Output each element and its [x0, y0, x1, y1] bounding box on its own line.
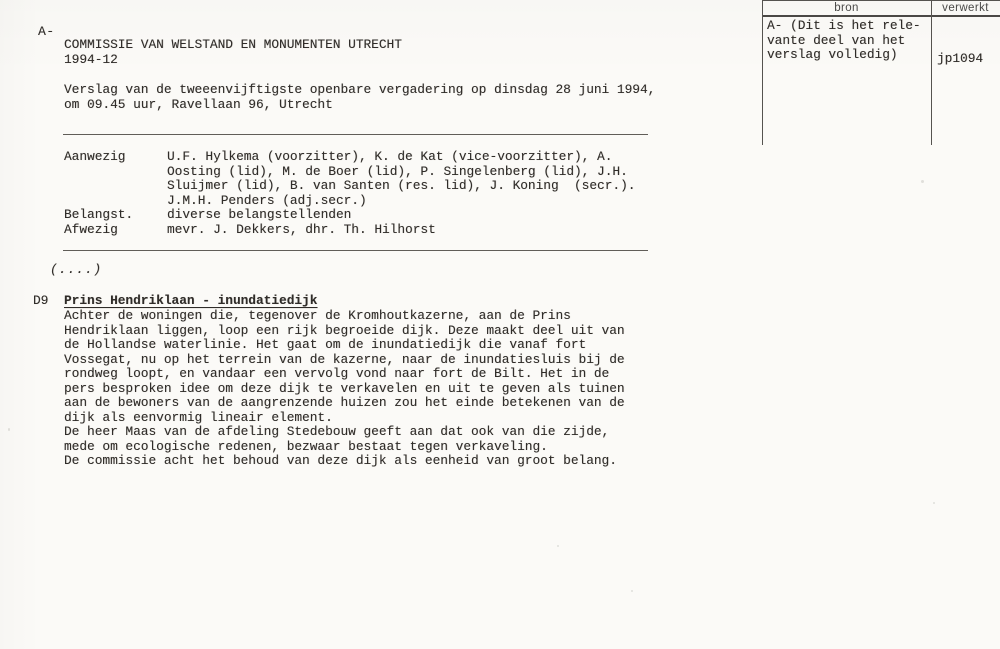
attendance-row-belangst: Belangst. diverse belangstellenden	[64, 208, 664, 223]
attendance-label: Aanwezig	[64, 150, 167, 208]
attendance-row-afwezig: Afwezig mevr. J. Dekkers, dhr. Th. Hilho…	[64, 223, 664, 238]
attendance-label: Belangst.	[64, 208, 167, 223]
document-number: 1994-12	[64, 53, 402, 68]
stamp-table-left-border	[762, 0, 763, 145]
scanned-document-page: A- COMMISSIE VAN WELSTAND EN MONUMENTEN …	[0, 0, 1000, 649]
attendance-row-aanwezig: Aanwezig U.F. Hylkema (voorzitter), K. d…	[64, 150, 664, 208]
divider-rule-bottom	[63, 250, 648, 251]
agenda-item-body: Achter de woningen die, tegenover de Kro…	[64, 309, 625, 469]
attendance-value: mevr. J. Dekkers, dhr. Th. Hilhorst	[167, 223, 436, 238]
attendance-block: Aanwezig U.F. Hylkema (voorzitter), K. d…	[64, 150, 664, 237]
stamp-verwerkt-code: jp1094	[937, 52, 983, 67]
omission-mark: (....)	[50, 263, 102, 278]
agenda-item-code: D9	[33, 294, 48, 309]
stamp-bron-note: A- (Dit is het rele- vante deel van het …	[767, 19, 921, 63]
stamp-column-header-verwerkt: verwerkt	[931, 1, 1000, 16]
divider-rule-top	[63, 134, 648, 135]
scan-speck	[933, 502, 935, 504]
stamp-column-header-bron: bron	[762, 1, 931, 16]
stamp-table-column-divider	[931, 0, 932, 145]
attendance-value: diverse belangstellenden	[167, 208, 351, 223]
scan-speck	[921, 180, 924, 183]
scan-speck	[557, 545, 559, 547]
document-header: COMMISSIE VAN WELSTAND EN MONUMENTEN UTR…	[64, 38, 402, 67]
scan-speck	[8, 428, 10, 431]
attendance-label: Afwezig	[64, 223, 167, 238]
organization-name: COMMISSIE VAN WELSTAND EN MONUMENTEN UTR…	[64, 38, 402, 53]
meeting-info: Verslag van de tweeenvijftigste openbare…	[64, 83, 655, 112]
source-marker: A-	[38, 25, 55, 40]
scan-speck	[631, 590, 633, 592]
attendance-value: U.F. Hylkema (voorzitter), K. de Kat (vi…	[167, 150, 635, 208]
agenda-item-title: Prins Hendriklaan - inundatiedijk	[64, 294, 317, 309]
